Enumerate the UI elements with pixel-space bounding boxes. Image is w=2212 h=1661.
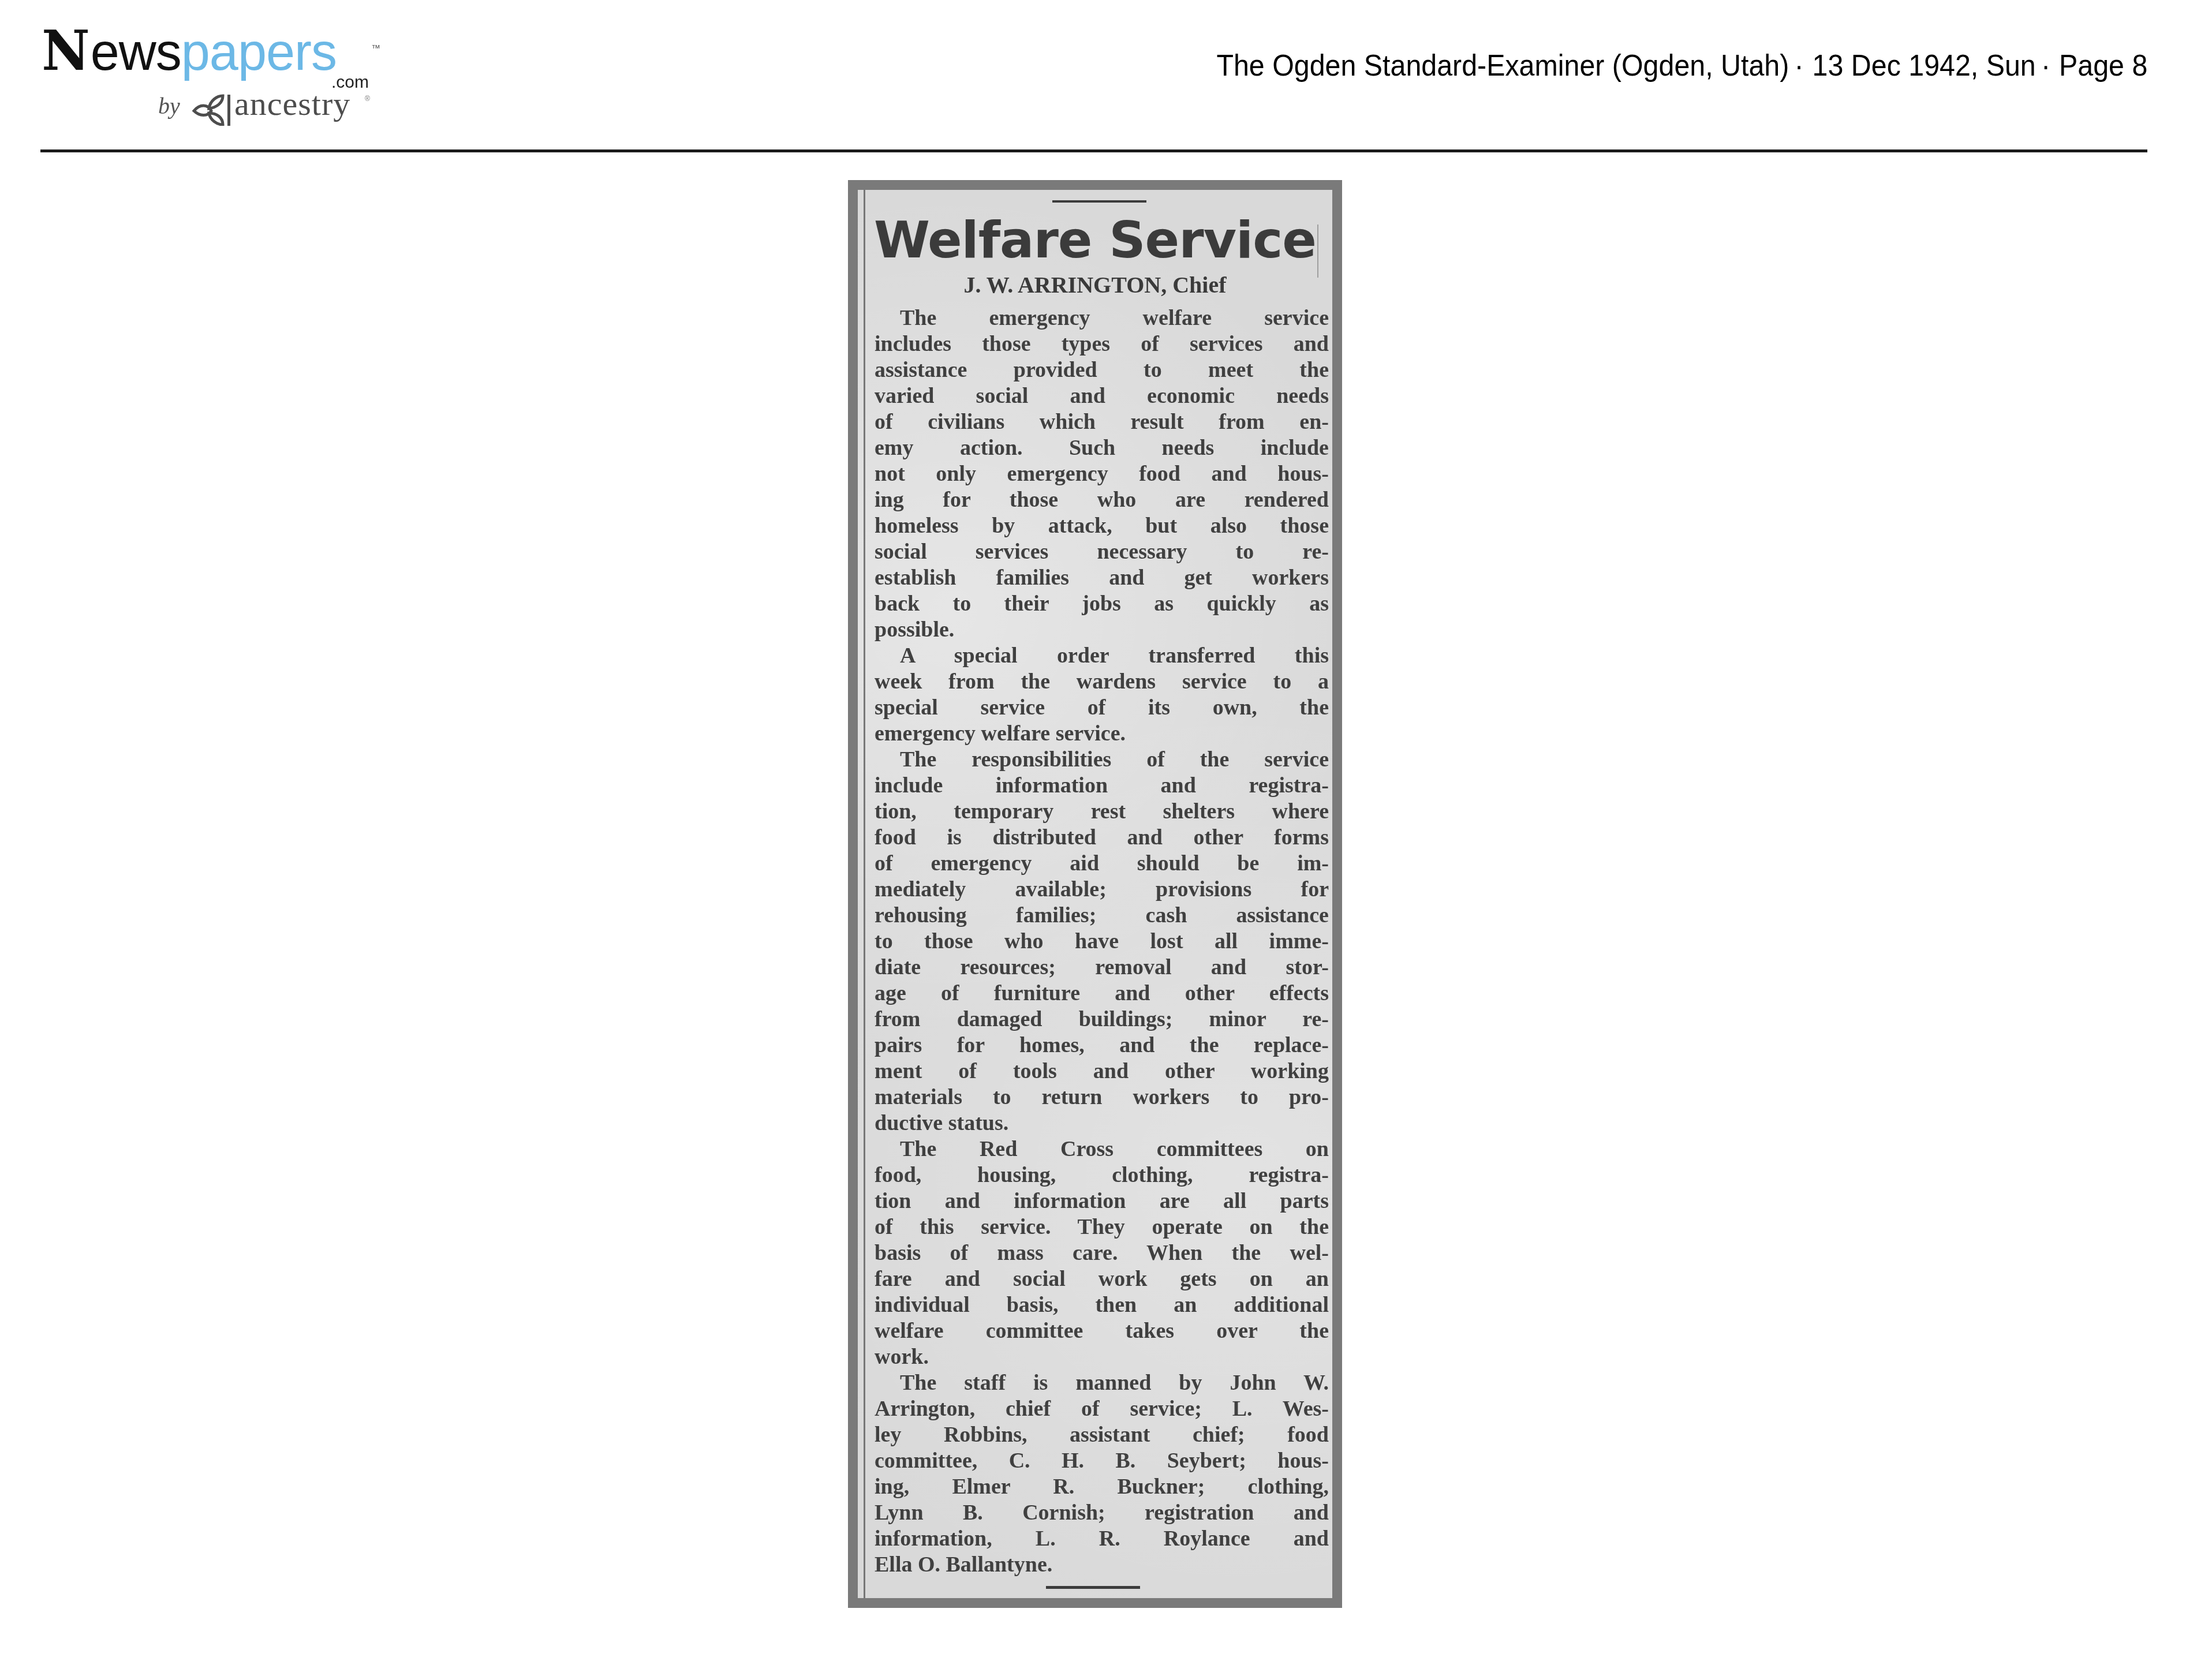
article-line: Ella O. Ballantyne. <box>875 1552 1329 1578</box>
article-line: rehousing families; cash assistance <box>875 903 1329 929</box>
article-paragraph: A special order transferred thisweek fro… <box>875 643 1329 747</box>
logo-text-papers: papers <box>181 24 337 81</box>
article-line: The Red Cross committees on <box>875 1136 1329 1162</box>
logo-wordmark: Newspapers <box>40 22 337 81</box>
article-line: materials to return workers to pro- <box>875 1084 1329 1110</box>
article-line: ing for those who are rendered <box>875 487 1329 513</box>
article-line: pairs for homes, and the replace- <box>875 1032 1329 1058</box>
article-line: committee, C. H. B. Seybert; hous- <box>875 1448 1329 1474</box>
article-line: The emergency welfare service <box>875 305 1329 331</box>
article-line: include information and registra- <box>875 773 1329 799</box>
article-line: emy action. Such needs include <box>875 435 1329 461</box>
article-top-rule <box>1052 200 1146 203</box>
article-line: week from the wardens service to a <box>875 669 1329 695</box>
article-byline: J. W. ARRINGTON, Chief <box>858 271 1332 300</box>
article-line: assistance provided to meet the <box>875 357 1329 383</box>
article-line: from damaged buildings; minor re- <box>875 1007 1329 1032</box>
article-paragraph: The Red Cross committees onfood, housing… <box>875 1136 1329 1370</box>
registered-mark: ® <box>365 95 370 103</box>
ancestry-leaf-icon <box>192 93 232 126</box>
article-line: individual basis, then an additional <box>875 1292 1329 1318</box>
newspapers-logo[interactable]: Newspapers ™ .com by ancestry ® <box>40 22 387 132</box>
article-line: of civilians which result from en- <box>875 409 1329 435</box>
article-line: includes those types of services and <box>875 331 1329 357</box>
article-bottom-rule <box>1046 1586 1140 1589</box>
logo-text-news: ews <box>91 24 181 81</box>
article-line: possible. <box>875 617 1329 643</box>
article-line: food is distributed and other forms <box>875 825 1329 851</box>
article-line: basis of mass care. When the wel- <box>875 1240 1329 1266</box>
article-line: The responsibilities of the service <box>875 747 1329 773</box>
logo-blackletter-n: N <box>42 22 89 80</box>
logo-ancestry-text: ancestry <box>234 84 350 123</box>
article-line: tion, temporary rest shelters where <box>875 799 1329 825</box>
article-line: Arrington, chief of service; L. Wes- <box>875 1396 1329 1422</box>
article-line: diate resources; removal and stor- <box>875 955 1329 981</box>
clipping-frame: Welfare Service J. W. ARRINGTON, Chief T… <box>848 180 1342 1608</box>
article-line: A special order transferred this <box>875 643 1329 669</box>
article-line: to those who have lost all imme- <box>875 929 1329 955</box>
trademark-mark: ™ <box>371 44 380 54</box>
article-paragraph: The staff is manned by John W.Arrington,… <box>875 1370 1329 1578</box>
article-line: ductive status. <box>875 1110 1329 1136</box>
article-line: information, L. R. Roylance and <box>875 1526 1329 1552</box>
article-line: ley Robbins, assistant chief; food <box>875 1422 1329 1448</box>
article-line: Lynn B. Cornish; registration and <box>875 1500 1329 1526</box>
article-line: tion and information are all parts <box>875 1188 1329 1214</box>
article-line: fare and social work gets on an <box>875 1266 1329 1292</box>
publication-name: The Ogden Standard-Examiner (Ogden, Utah… <box>1216 49 1789 83</box>
article-paragraph: The emergency welfare serviceincludes th… <box>875 305 1329 643</box>
article-line: work. <box>875 1344 1329 1370</box>
article-line: establish families and get workers <box>875 565 1329 591</box>
article-body: The emergency welfare serviceincludes th… <box>875 305 1329 1578</box>
separator-dot: · <box>2035 49 2058 83</box>
article-line: varied social and economic needs <box>875 383 1329 409</box>
article-line: mediately available; provisions for <box>875 877 1329 903</box>
article-line: emergency welfare service. <box>875 721 1329 747</box>
article-line: back to their jobs as quickly as <box>875 591 1329 617</box>
page-number: Page 8 <box>2059 49 2147 83</box>
article-line: not only emergency food and hous- <box>875 461 1329 487</box>
article-line: ment of tools and other working <box>875 1058 1329 1084</box>
publication-date: 13 Dec 1942, Sun <box>1812 49 2035 83</box>
clipping-citation: The Ogden Standard-Examiner (Ogden, Utah… <box>1216 48 2147 83</box>
column-rule <box>864 190 865 1598</box>
article-line: ing, Elmer R. Buckner; clothing, <box>875 1474 1329 1500</box>
article-line: of this service. They operate on the <box>875 1214 1329 1240</box>
separator-dot: · <box>1789 49 1812 83</box>
article-line: food, housing, clothing, registra- <box>875 1162 1329 1188</box>
article-line: welfare committee takes over the <box>875 1318 1329 1344</box>
article-line: The staff is manned by John W. <box>875 1370 1329 1396</box>
logo-by-text: by <box>158 92 180 119</box>
article-line: social services necessary to re- <box>875 539 1329 565</box>
article-line: homeless by attack, but also those <box>875 513 1329 539</box>
article-headline: Welfare Service <box>858 208 1332 272</box>
article-paragraph: The responsibilities of the serviceinclu… <box>875 747 1329 1136</box>
article-line: of emergency aid should be im- <box>875 851 1329 877</box>
article-line: age of furniture and other effects <box>875 981 1329 1007</box>
header-divider <box>40 149 2147 152</box>
newspaper-clipping[interactable]: Welfare Service J. W. ARRINGTON, Chief T… <box>858 190 1332 1598</box>
article-line: special service of its own, the <box>875 695 1329 721</box>
